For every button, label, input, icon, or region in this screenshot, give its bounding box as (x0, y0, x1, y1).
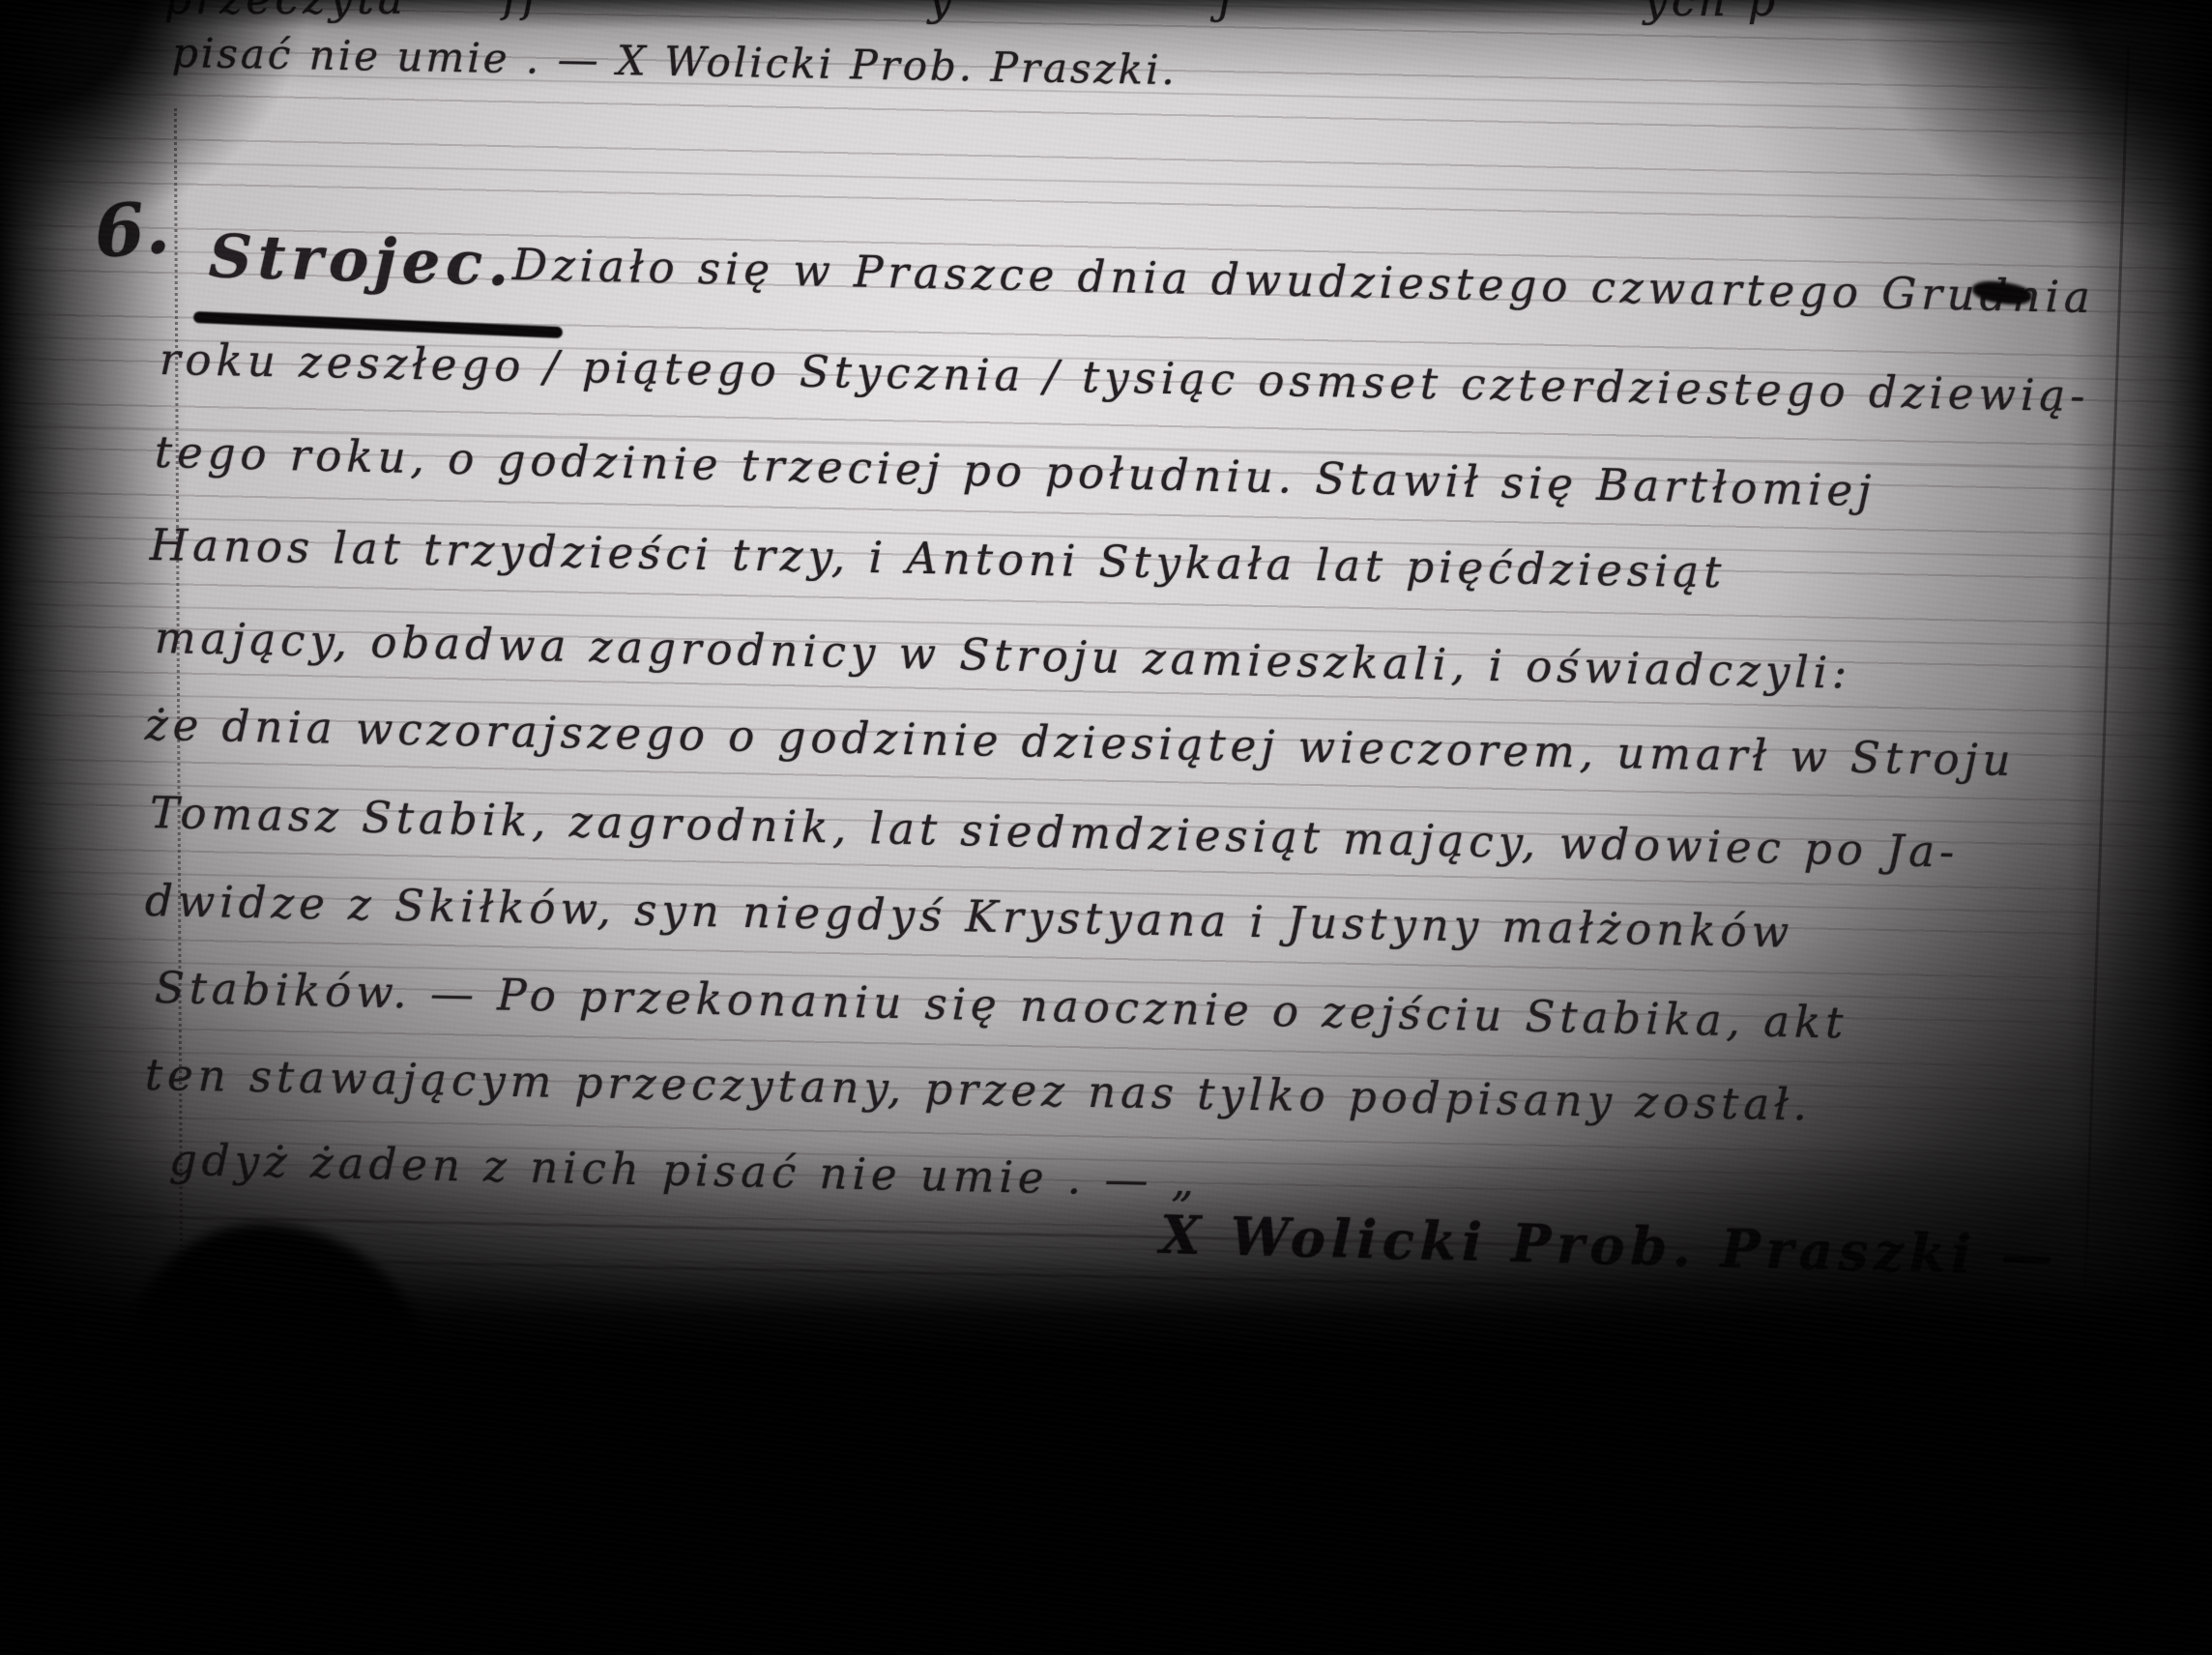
registry-page-photo: przeczyta ff y j ych p pisać nie umie . … (0, 0, 2212, 1655)
top-edge-fragment: przeczyta (164, 0, 407, 24)
top-edge-fragment: ff (503, 0, 542, 22)
top-edge-fragment: j (1218, 0, 1236, 23)
place-heading: Strojec. (208, 220, 516, 300)
entry-number: 6. (92, 187, 172, 275)
top-edge-fragment: y (928, 0, 956, 25)
top-edge-fragment: ych p (1644, 0, 1779, 26)
